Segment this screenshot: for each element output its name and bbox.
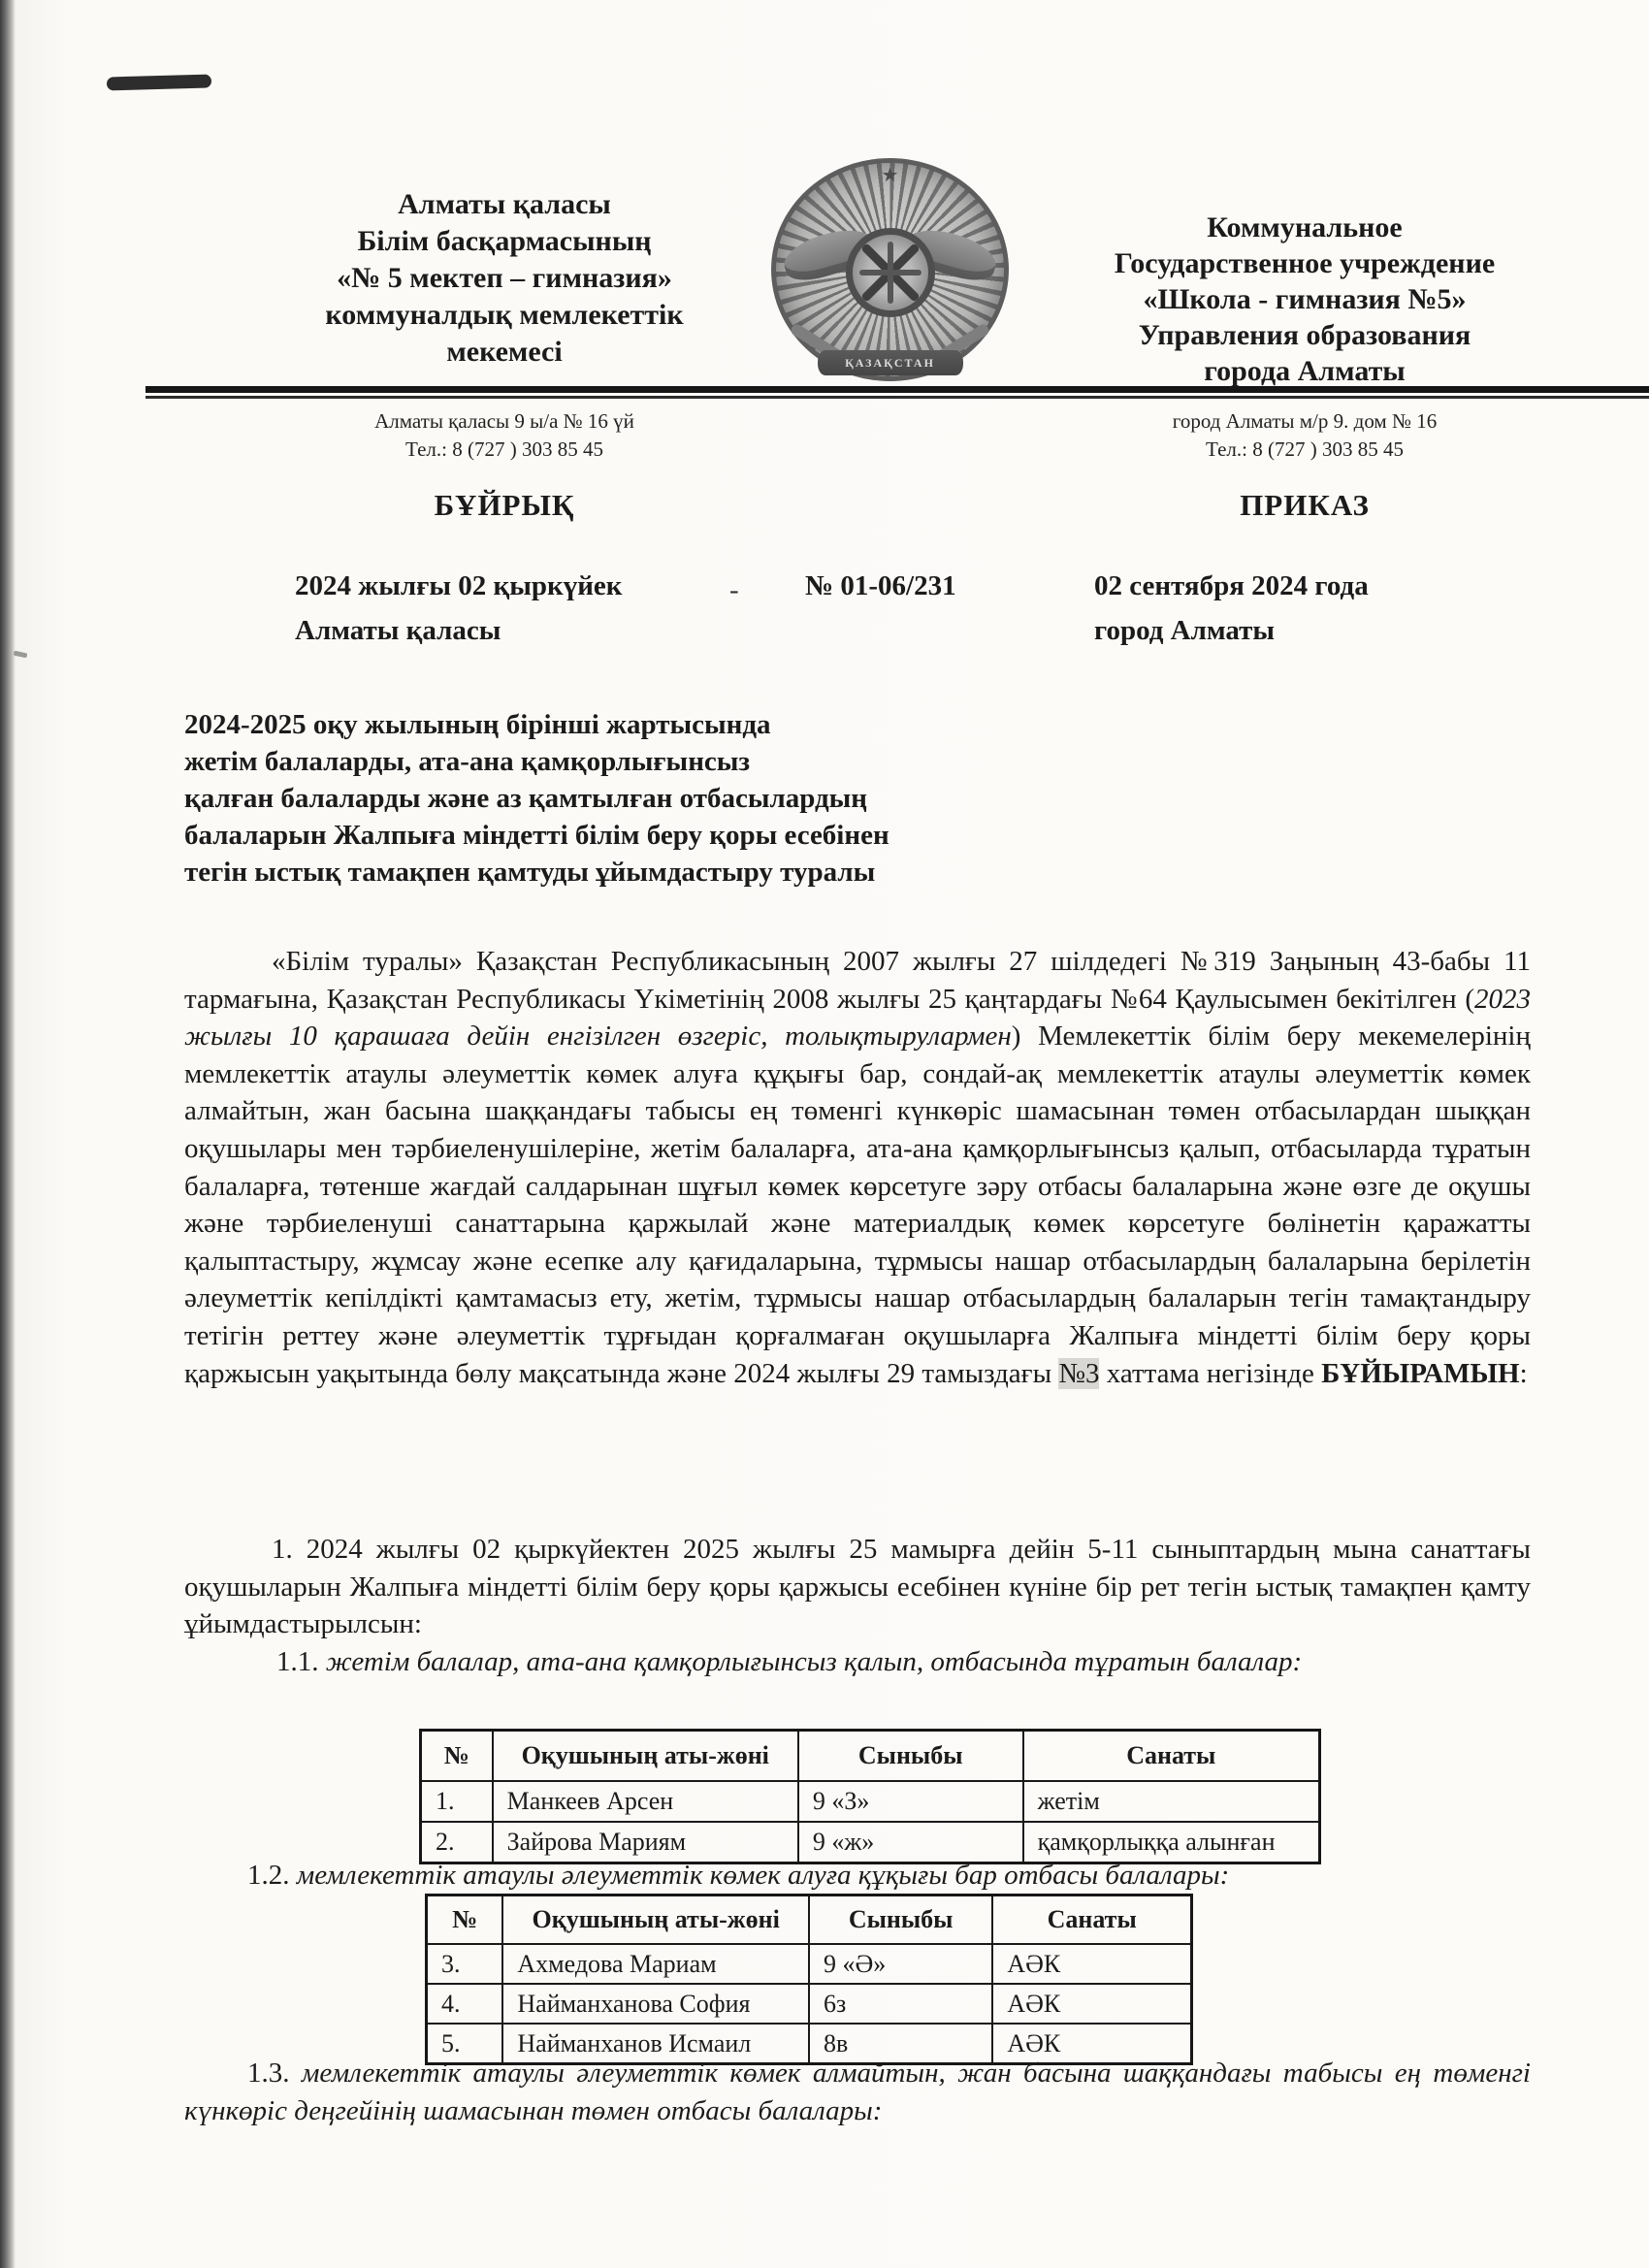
order-heading-russian: ПРИКАЗ <box>1067 488 1542 523</box>
preamble-text: ) Мемлекеттік білім беру мекемелерінің м… <box>184 1021 1531 1388</box>
cell-class: 6з <box>809 1984 992 2024</box>
students-table-orphans: № Оқушының аты-жөні Сыныбы Санаты 1. Ман… <box>419 1729 1321 1864</box>
item-number: 1.3. <box>247 2057 290 2089</box>
address-russian: город Алматы м/р 9. дом № 16 Тел.: 8 (72… <box>1067 407 1542 464</box>
order-place-russian: город Алматы <box>1094 615 1275 647</box>
org-line: «№ 5 мектеп – гимназия» <box>291 260 718 297</box>
org-line: Коммунальное <box>1067 210 1542 245</box>
cell-number: 1. <box>421 1781 493 1822</box>
table-header-row: № Оқушының аты-жөні Сыныбы Санаты <box>427 1895 1192 1945</box>
table-row: 4. Найманханова София 6з АӘК <box>427 1984 1192 2024</box>
resolve-colon: : <box>1520 1358 1528 1389</box>
cell-class: 9 «Ә» <box>809 1944 992 1984</box>
table-row: 3. Ахмедова Мариам 9 «Ә» АӘК <box>427 1944 1192 1984</box>
cell-category: жетім <box>1023 1781 1320 1822</box>
cell-class: 9 «З» <box>798 1781 1023 1822</box>
subject-line: балаларын Жалпыға міндетті білім беру қо… <box>184 817 1164 854</box>
org-line: Алматы қаласы <box>291 186 718 223</box>
header-cell-category: Санаты <box>992 1895 1191 1945</box>
org-name-russian: Коммунальное Государственное учреждение … <box>1067 210 1542 389</box>
org-line: коммуналдық мемлекеттік <box>291 297 718 334</box>
item-text-italic: мемлекеттік атаулы әлеуметтік көмек алуғ… <box>297 1860 1230 1891</box>
item-1-paragraph: 1. 2024 жылғы 02 қыркүйектен 2025 жылғы … <box>184 1531 1531 1643</box>
address-line: город Алматы м/р 9. дом № 16 <box>1067 407 1542 436</box>
cell-number: 4. <box>427 1984 503 2024</box>
cell-name: Найманханова София <box>502 1984 809 2024</box>
header-cell-name: Оқушының аты-жөні <box>493 1731 798 1782</box>
org-name-kazakh: Алматы қаласы Білім басқармасының «№ 5 м… <box>291 186 718 371</box>
subject-line: қалған балаларды және аз қамтылған отбас… <box>184 780 1164 817</box>
phone-line: Тел.: 8 (727 ) 303 85 45 <box>291 436 718 464</box>
order-number: № 01-06/231 <box>805 570 956 602</box>
subject-line: 2024-2025 оқу жылының бірінші жартысында <box>184 706 1164 743</box>
item-number: 1.2. <box>247 1860 290 1891</box>
header-cell-class: Сыныбы <box>798 1731 1023 1782</box>
order-date-russian: 02 сентября 2024 года <box>1094 570 1369 602</box>
header-divider <box>145 386 1649 399</box>
students-table-asp: № Оқушының аты-жөні Сыныбы Санаты 3. Ахм… <box>425 1894 1193 2065</box>
resolve-word: БҰЙЫРАМЫН <box>1321 1358 1520 1389</box>
item-1-2-paragraph: 1.2. мемлекеттік атаулы әлеуметтік көмек… <box>247 1857 1537 1895</box>
org-line: «Школа - гимназия №5» <box>1067 281 1542 317</box>
item-text-italic: мемлекеттік атаулы әлеуметтік көмек алма… <box>184 2057 1531 2126</box>
star-icon: ★ <box>882 166 899 185</box>
header-cell-name: Оқушының аты-жөні <box>502 1895 809 1945</box>
order-subject: 2024-2025 оқу жылының бірінші жартысында… <box>184 706 1164 891</box>
org-line: Білім басқармасының <box>291 223 718 260</box>
scan-edge-shadow <box>0 0 16 2268</box>
separator-dash: - <box>729 574 739 606</box>
kazakhstan-banner: ҚАЗАҚСТАН <box>818 350 963 375</box>
order-heading-kazakh: БҰЙРЫҚ <box>291 488 718 523</box>
phone-line: Тел.: 8 (727 ) 303 85 45 <box>1067 436 1542 464</box>
address-line: Алматы қаласы 9 ы/а № 16 үй <box>291 407 718 436</box>
protocol-number: №3 <box>1058 1358 1099 1389</box>
order-place-kazakh: Алматы қаласы <box>295 615 501 647</box>
subject-line: тегін ыстық тамақпен қамтуды ұйымдастыру… <box>184 854 1164 891</box>
subject-line: жетім балаларды, ата-ана қамқорлығынсыз <box>184 743 1164 780</box>
order-date-kazakh: 2024 жылғы 02 қыркүйек <box>295 570 622 602</box>
header-cell-number: № <box>427 1895 503 1945</box>
cell-number: 3. <box>427 1944 503 1984</box>
org-line: Управления образования <box>1067 317 1542 353</box>
item-1-1-paragraph: 1.1. жетім балалар, ата-ана қамқорлығынс… <box>184 1643 1531 1681</box>
org-line: Государственное учреждение <box>1067 245 1542 281</box>
item-text-italic: жетім балалар, ата-ана қамқорлығынсыз қа… <box>326 1646 1302 1677</box>
header-cell-class: Сыныбы <box>809 1895 992 1945</box>
preamble-paragraph: «Білім туралы» Қазақстан Республикасының… <box>184 943 1531 1392</box>
cell-name: Ахмедова Мариам <box>502 1944 809 1984</box>
org-line: мекемесі <box>291 334 718 371</box>
preamble-text: «Білім туралы» Қазақстан Республикасының… <box>184 946 1531 1015</box>
cell-category: АӘК <box>992 1984 1191 2024</box>
item-number: 1.1. <box>276 1646 319 1677</box>
scanned-order-document: Алматы қаласы Білім басқармасының «№ 5 м… <box>0 0 1649 2268</box>
shanyrak-icon <box>846 228 935 317</box>
item-1-3-paragraph: 1.3. мемлекеттік атаулы әлеуметтік көмек… <box>184 2055 1531 2130</box>
cell-category: АӘК <box>992 1944 1191 1984</box>
cell-name: Манкеев Арсен <box>493 1781 798 1822</box>
preamble-text: хаттама негізінде <box>1099 1358 1321 1389</box>
org-line: города Алматы <box>1067 353 1542 389</box>
scan-ink-mark <box>107 74 211 90</box>
table-header-row: № Оқушының аты-жөні Сыныбы Санаты <box>421 1731 1320 1782</box>
kazakhstan-coat-of-arms-icon: ★ ҚАЗАҚСТАН <box>771 158 1009 381</box>
address-kazakh: Алматы қаласы 9 ы/а № 16 үй Тел.: 8 (727… <box>291 407 718 464</box>
header-cell-number: № <box>421 1731 493 1782</box>
header-cell-category: Санаты <box>1023 1731 1320 1782</box>
table-row: 1. Манкеев Арсен 9 «З» жетім <box>421 1781 1320 1822</box>
